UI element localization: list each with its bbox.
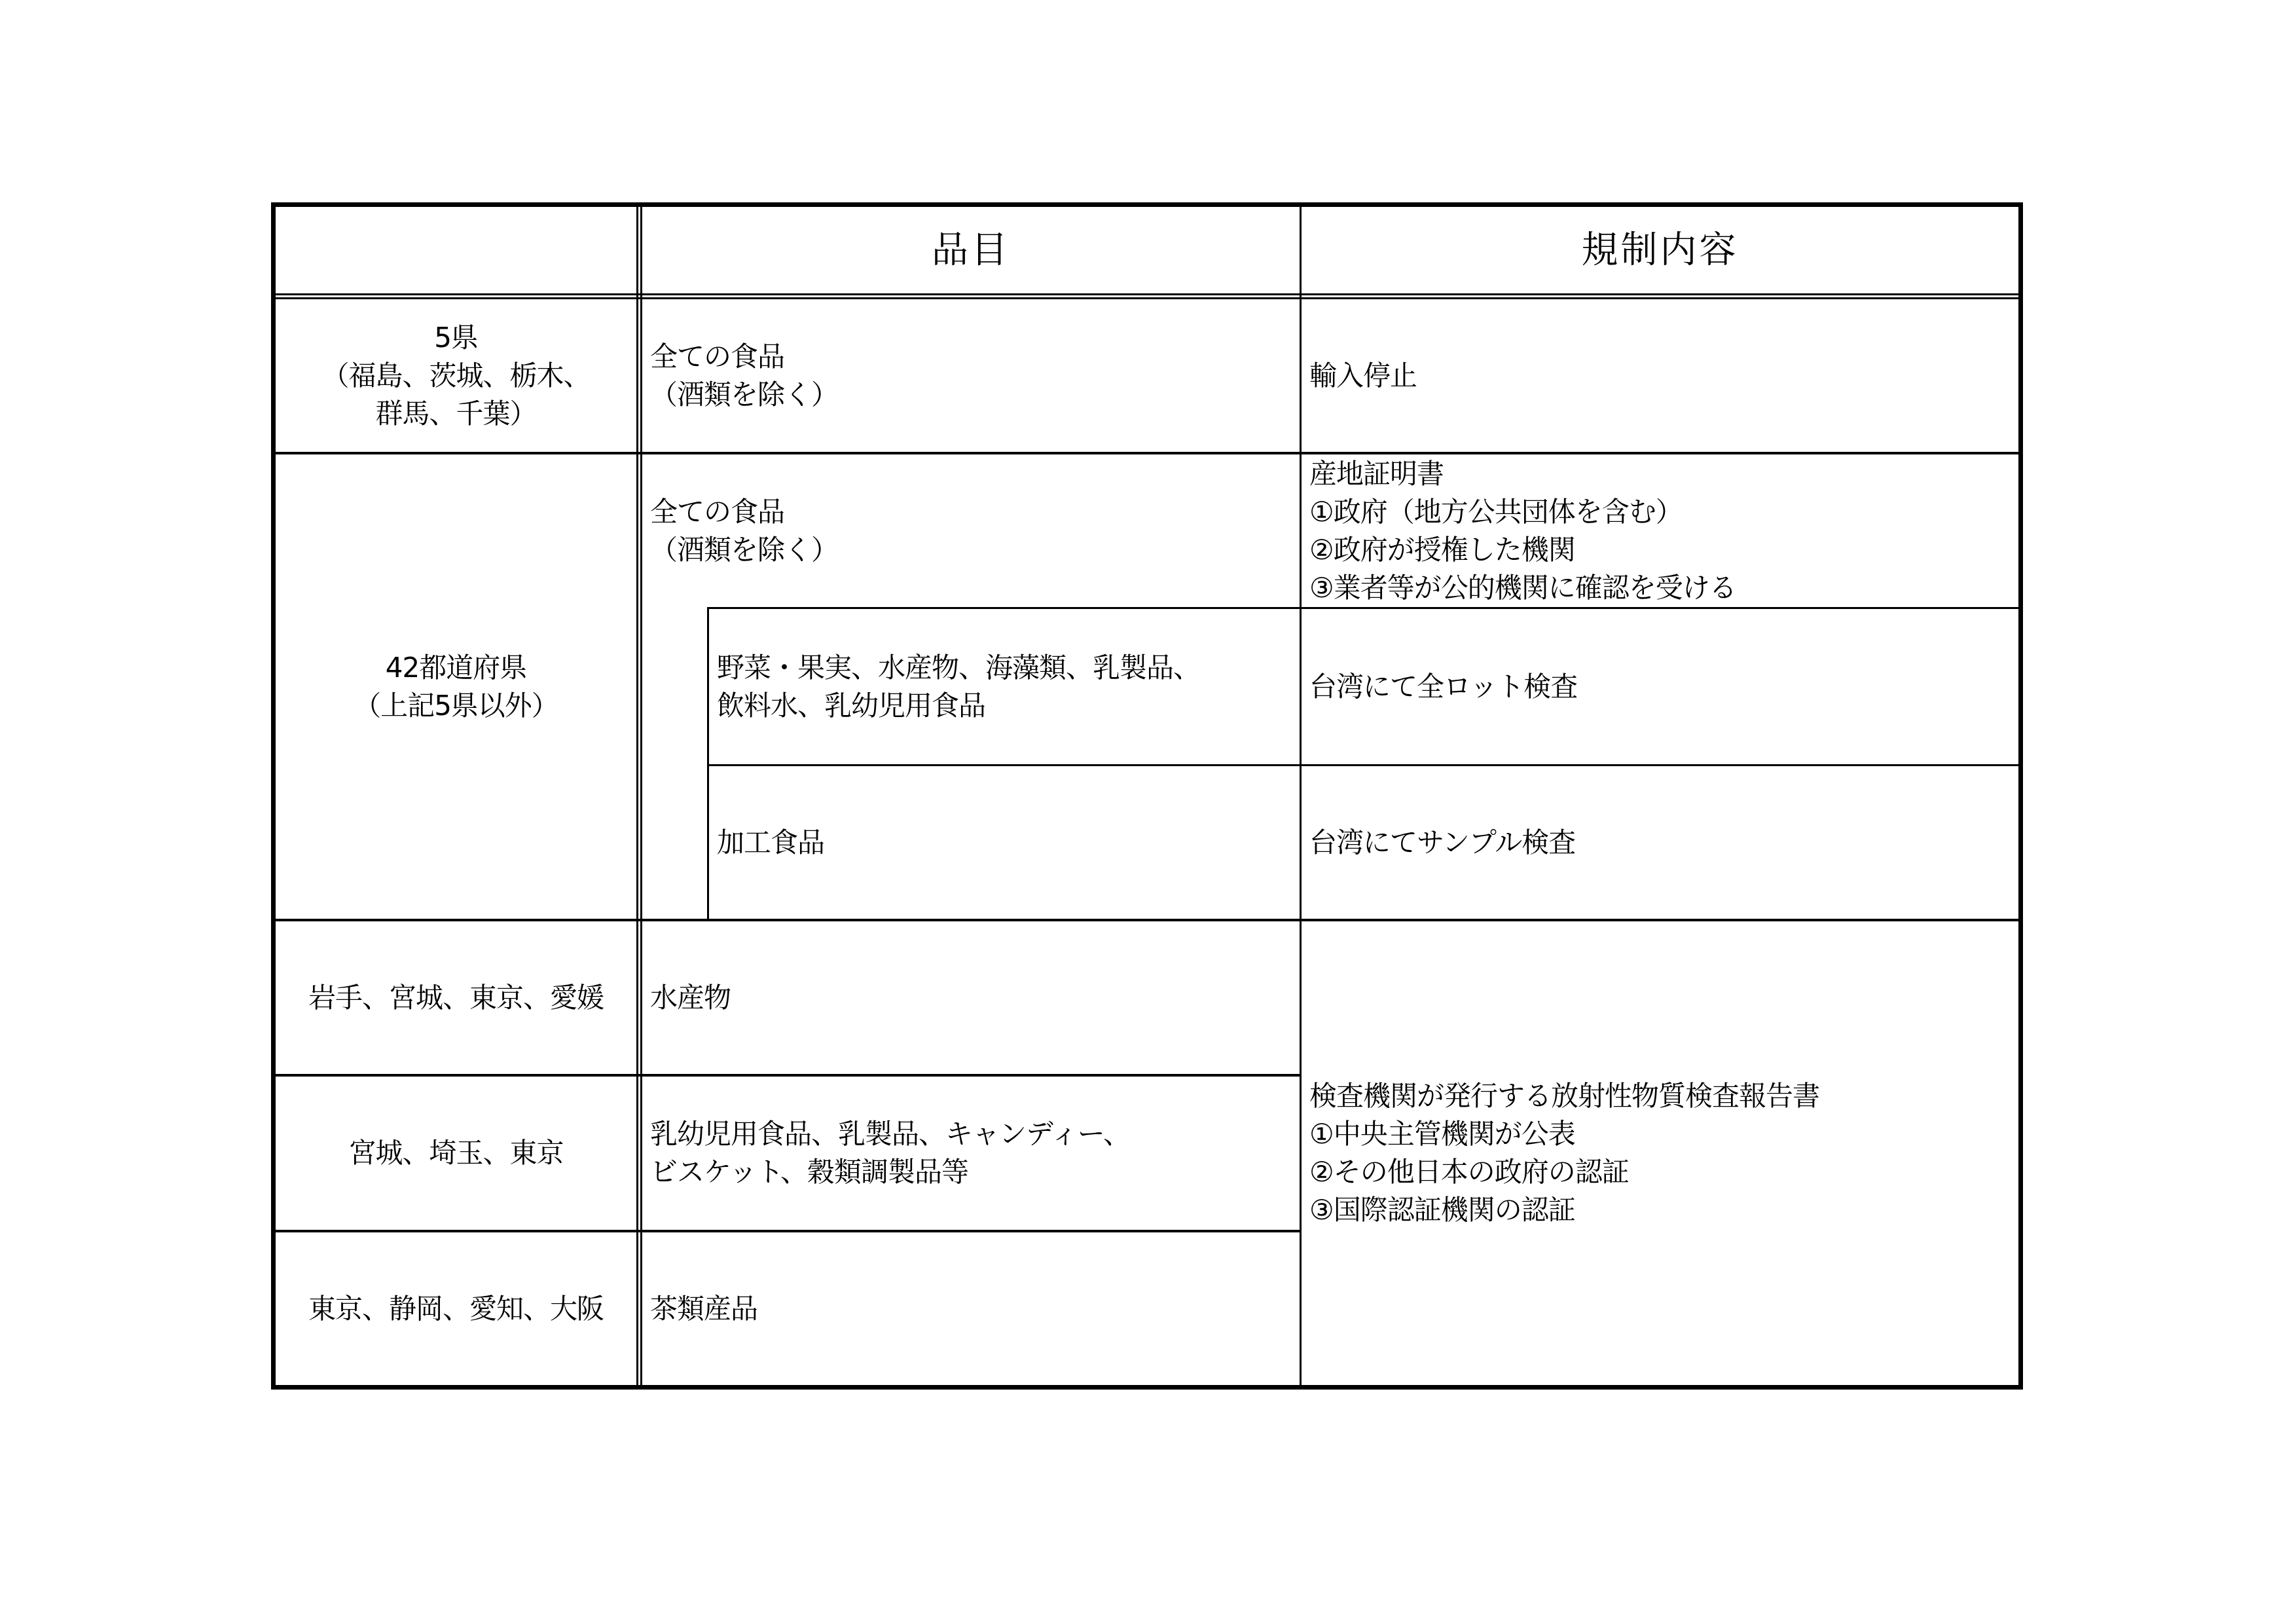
row4-region-cell: 宮城、埼玉、東京	[276, 1077, 636, 1230]
merged-regulation: 検査機関が発行する放射性物質検査報告書 ①中央主管機関が公表 ②その他日本の政府…	[1309, 1077, 1819, 1229]
row2a-regulation: 台湾にて全ロット検査	[1309, 668, 1577, 706]
table-border-bottom	[271, 1385, 2023, 1390]
header-regulation-label: 規制内容	[1582, 229, 1739, 271]
header-divider-1	[271, 293, 2023, 295]
row1-items-cell: 全ての食品 （酒類を除く）	[642, 299, 1300, 452]
table-border-top	[271, 202, 2023, 207]
header-regulation-cell: 規制内容	[1302, 207, 2018, 293]
row1-items: 全ての食品 （酒類を除く）	[650, 338, 838, 414]
row3-items-cell: 水産物	[642, 921, 1300, 1074]
row2-regulation: 産地証明書 ①政府（地方公共団体を含む） ②政府が授権した機関 ③業者等が公的機…	[1309, 455, 1736, 607]
row2-region-cell: 42都道府県 （上記5県以外）	[276, 454, 636, 919]
row3-region-cell: 岩手、宮城、東京、愛媛	[276, 921, 636, 1074]
row1-regulation-cell: 輸入停止	[1302, 299, 2018, 452]
row2a-regulation-cell: 台湾にて全ロット検査	[1302, 609, 2018, 764]
row1-region: 5県 （福島、茨城、栃木、 群馬、千葉）	[321, 319, 590, 433]
row2b-regulation: 台湾にてサンプル検査	[1309, 824, 1575, 862]
row1-region-cell: 5県 （福島、茨城、栃木、 群馬、千葉）	[276, 299, 636, 452]
row2a-items-cell: 野菜・果実、水産物、海藻類、乳製品、 飲料水、乳幼児用食品	[709, 609, 1300, 764]
row3-region: 岩手、宮城、東京、愛媛	[308, 979, 604, 1017]
row2b-regulation-cell: 台湾にてサンプル検査	[1302, 766, 2018, 919]
row4-items-cell: 乳幼児用食品、乳製品、キャンディー、 ビスケット、穀類調製品等	[642, 1077, 1300, 1230]
row2-region: 42都道府県 （上記5県以外）	[354, 649, 558, 725]
row3-items: 水産物	[650, 979, 731, 1017]
header-region-cell	[276, 207, 636, 293]
col1-divider-1	[636, 202, 638, 1390]
row2a-items: 野菜・果実、水産物、海藻類、乳製品、 飲料水、乳幼児用食品	[717, 649, 1200, 725]
merged-regulation-cell: 検査機関が発行する放射性物質検査報告書 ①中央主管機関が公表 ②その他日本の政府…	[1302, 921, 2018, 1385]
row2b-items: 加工食品	[717, 824, 824, 862]
row2-regulation-cell: 産地証明書 ①政府（地方公共団体を含む） ②政府が授権した機関 ③業者等が公的機…	[1302, 454, 2018, 607]
row2-items-cell: 全ての食品 （酒類を除く）	[642, 454, 1300, 607]
row4-items: 乳幼児用食品、乳製品、キャンディー、 ビスケット、穀類調製品等	[650, 1115, 1130, 1191]
row5-items-cell: 茶類産品	[642, 1232, 1300, 1385]
row1-regulation: 輸入停止	[1309, 357, 1417, 395]
row2b-items-cell: 加工食品	[709, 766, 1300, 919]
row5-region: 東京、静岡、愛知、大阪	[308, 1290, 604, 1328]
table-border-left	[271, 202, 276, 1390]
header-items-cell: 品目	[642, 207, 1300, 293]
row5-region-cell: 東京、静岡、愛知、大阪	[276, 1232, 636, 1385]
row2-items: 全ての食品 （酒類を除く）	[650, 493, 838, 569]
row4-region: 宮城、埼玉、東京	[348, 1134, 563, 1172]
table-border-right	[2018, 202, 2023, 1390]
header-items-label: 品目	[932, 229, 1010, 271]
row5-items: 茶類産品	[650, 1290, 757, 1328]
